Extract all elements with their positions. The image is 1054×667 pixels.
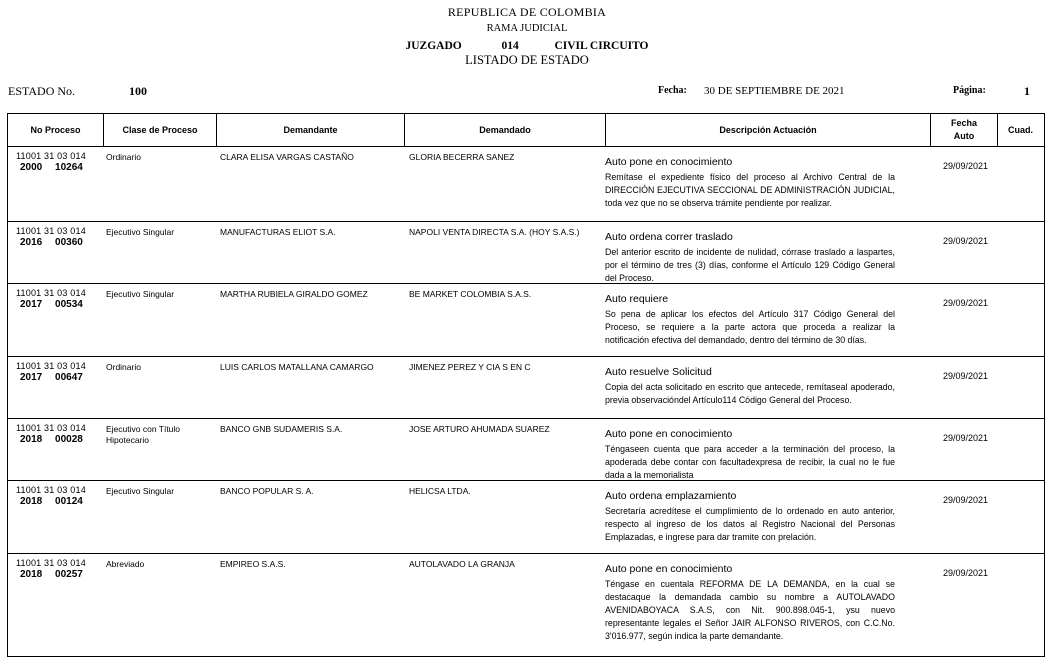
demandante: BANCO GNB SUDAMERIS S.A.	[220, 424, 400, 435]
demandante: CLARA ELISA VARGAS CASTAÑO	[220, 152, 400, 163]
fecha-auto: 29/09/2021	[943, 495, 988, 506]
proceso-year-number: 2018 00028	[20, 434, 83, 445]
court-title: JUZGADO 014 CIVIL CIRCUITO	[0, 40, 1054, 52]
actuacion-title: Auto pone en conocimiento	[605, 157, 732, 168]
branch-title: RAMA JUDICIAL	[0, 23, 1054, 34]
court-label: JUZGADO	[405, 40, 461, 52]
demandado: GLORIA BECERRA SANEZ	[409, 152, 599, 163]
court-number: 014	[501, 40, 518, 52]
demandante: BANCO POPULAR S. A.	[220, 486, 400, 497]
actuacion-description: Copia del acta solicitado en escrito que…	[605, 381, 895, 407]
fecha-auto: 29/09/2021	[943, 298, 988, 309]
proceso-year: 2017	[20, 299, 42, 310]
proceso-number: 00360	[55, 237, 83, 248]
table-header: No Proceso Clase de Proceso Demandante D…	[8, 114, 1044, 147]
proceso-number: 00647	[55, 372, 83, 383]
clase-proceso: Abreviado	[106, 559, 214, 570]
clase-proceso: Ordinario	[106, 362, 214, 373]
actuacion-description: Del anterior escrito de incidente de nul…	[605, 246, 895, 285]
fecha-auto: 29/09/2021	[943, 236, 988, 247]
clase-proceso: Ejecutivo Singular	[106, 289, 214, 300]
proceso-code: 11001 31 03 014	[16, 485, 86, 496]
table-row: 11001 31 03 014 2018 00124 Ejecutivo Sin…	[8, 481, 1044, 554]
table-row: 11001 31 03 014 2017 00647 Ordinario LUI…	[8, 357, 1044, 419]
fecha-auto: 29/09/2021	[943, 161, 988, 172]
proceso-number: 00534	[55, 299, 83, 310]
actuacion-title: Auto requiere	[605, 294, 668, 305]
demandante: MARTHA RUBIELA GIRALDO GOMEZ	[220, 289, 400, 300]
proceso-year-number: 2016 00360	[20, 237, 83, 248]
proceso-code: 11001 31 03 014	[16, 226, 86, 237]
proceso-year: 2017	[20, 372, 42, 383]
proceso-year: 2018	[20, 434, 42, 445]
col-fecha-auto: Fecha Auto	[931, 114, 998, 146]
actuacion-title: Auto ordena correr traslado	[605, 232, 733, 243]
clase-proceso: Ejecutivo con Título Hipotecario	[106, 424, 214, 446]
table-row: 11001 31 03 014 2017 00534 Ejecutivo Sin…	[8, 284, 1044, 357]
clase-proceso: Ejecutivo Singular	[106, 227, 214, 238]
fecha-auto: 29/09/2021	[943, 371, 988, 382]
col-fecha-line2: Auto	[954, 130, 975, 143]
fecha-label: Fecha:	[658, 85, 687, 96]
proceso-year-number: 2017 00647	[20, 372, 83, 383]
proceso-number: 10264	[55, 162, 83, 173]
clase-proceso: Ejecutivo Singular	[106, 486, 214, 497]
col-cuad: Cuad.	[998, 114, 1043, 146]
proceso-code: 11001 31 03 014	[16, 151, 86, 162]
demandante: EMPIREO S.A.S.	[220, 559, 400, 570]
actuacion-title: Auto resuelve Solicitud	[605, 367, 712, 378]
proceso-year: 2018	[20, 569, 42, 580]
col-demandante: Demandante	[217, 114, 405, 146]
court-type: CIVIL CIRCUITO	[554, 40, 648, 52]
table-row: 11001 31 03 014 2018 00028 Ejecutivo con…	[8, 419, 1044, 481]
proceso-number: 00028	[55, 434, 83, 445]
fecha-auto: 29/09/2021	[943, 568, 988, 579]
demandado: NAPOLI VENTA DIRECTA S.A. (HOY S.A.S.)	[409, 227, 599, 238]
clase-proceso: Ordinario	[106, 152, 214, 163]
proceso-number: 00257	[55, 569, 83, 580]
demandante: MANUFACTURAS ELIOT S.A.	[220, 227, 400, 238]
table-row: 11001 31 03 014 2000 10264 Ordinario CLA…	[8, 147, 1044, 222]
proceso-year-number: 2018 00257	[20, 569, 83, 580]
actuacion-description: So pena de aplicar los efectos del Artíc…	[605, 308, 895, 347]
proceso-year-number: 2017 00534	[20, 299, 83, 310]
actuacion-description: Téngase en cuentala REFORMA DE LA DEMAND…	[605, 578, 895, 643]
proceso-year-number: 2000 10264	[20, 162, 83, 173]
col-descripcion: Descripción Actuación	[606, 114, 931, 146]
actuacion-description: Téngaseen cuenta que para acceder a la t…	[605, 443, 895, 482]
proceso-code: 11001 31 03 014	[16, 558, 86, 569]
listing-title: LISTADO DE ESTADO	[0, 53, 1054, 68]
proceso-code: 11001 31 03 014	[16, 288, 86, 299]
estado-label: ESTADO No.	[8, 84, 75, 99]
demandado: JOSE ARTURO AHUMADA SUAREZ	[409, 424, 599, 435]
proceso-code: 11001 31 03 014	[16, 361, 86, 372]
actuacion-title: Auto pone en conocimiento	[605, 429, 732, 440]
proceso-year-number: 2018 00124	[20, 496, 83, 507]
actuacion-description: Secretaría acredítese el cumplimiento de…	[605, 505, 895, 544]
proceso-year: 2016	[20, 237, 42, 248]
col-fecha-line1: Fecha	[951, 117, 977, 130]
col-no-proceso: No Proceso	[8, 114, 104, 146]
actuacion-title: Auto pone en conocimiento	[605, 564, 732, 575]
fecha-value: 30 DE SEPTIEMBRE DE 2021	[704, 85, 845, 97]
col-clase-proceso: Clase de Proceso	[104, 114, 217, 146]
actuacion-description: Remítase el expediente físico del proces…	[605, 171, 895, 210]
table-row: 11001 31 03 014 2018 00257 Abreviado EMP…	[8, 554, 1044, 656]
proceso-year: 2000	[20, 162, 42, 173]
estado-table: No Proceso Clase de Proceso Demandante D…	[7, 113, 1045, 657]
demandado: HELICSA LTDA.	[409, 486, 599, 497]
proceso-number: 00124	[55, 496, 83, 507]
actuacion-title: Auto ordena emplazamiento	[605, 491, 736, 502]
demandado: JIMENEZ PEREZ Y CIA S EN C	[409, 362, 599, 373]
demandado: AUTOLAVADO LA GRANJA	[409, 559, 599, 570]
proceso-code: 11001 31 03 014	[16, 423, 86, 434]
table-row: 11001 31 03 014 2016 00360 Ejecutivo Sin…	[8, 222, 1044, 284]
pagina-label: Página:	[953, 85, 986, 96]
proceso-year: 2018	[20, 496, 42, 507]
table-body: 11001 31 03 014 2000 10264 Ordinario CLA…	[8, 147, 1044, 656]
demandado: BE MARKET COLOMBIA S.A.S.	[409, 289, 599, 300]
pagina-value: 1	[1024, 84, 1030, 99]
fecha-auto: 29/09/2021	[943, 433, 988, 444]
demandante: LUIS CARLOS MATALLANA CAMARGO	[220, 362, 400, 373]
col-demandado: Demandado	[405, 114, 606, 146]
estado-value: 100	[129, 84, 147, 99]
republic-title: REPUBLICA DE COLOMBIA	[0, 5, 1054, 20]
